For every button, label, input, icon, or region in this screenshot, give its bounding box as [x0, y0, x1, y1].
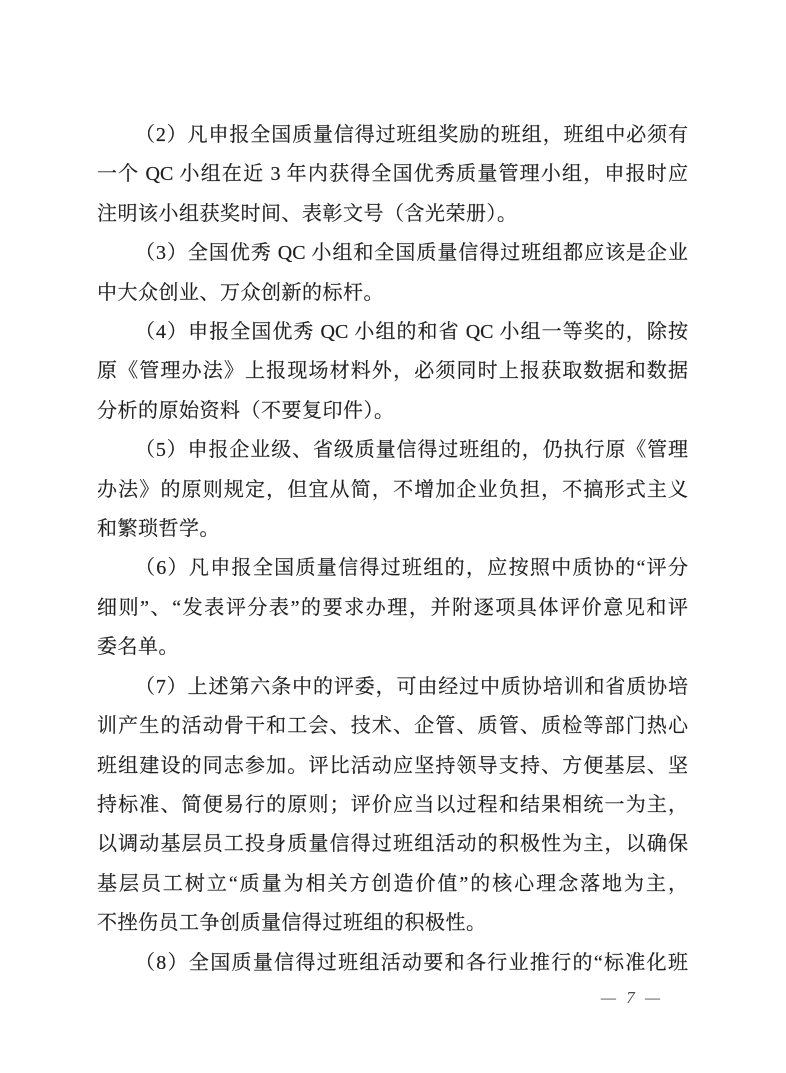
document-page: （2）凡申报全国质量信得过班组奖励的班组，班组中必须有 一个 QC 小组在近 3…: [0, 0, 786, 1073]
text-line: （5）申报企业级、省级质量信得过班组的，仍执行原《管理: [97, 431, 688, 470]
paragraph-item-4: （4）申报全国优秀 QC 小组的和省 QC 小组一等奖的，除按 原《管理办法》上…: [97, 313, 688, 431]
document-body: （2）凡申报全国质量信得过班组奖励的班组，班组中必须有 一个 QC 小组在近 3…: [97, 116, 688, 983]
text-line: 持标准、简便易行的原则；评价应当以过程和结果相统一为主，: [97, 786, 688, 825]
text-line: （4）申报全国优秀 QC 小组的和省 QC 小组一等奖的，除按: [97, 313, 688, 352]
text-line: 委名单。: [97, 628, 688, 667]
text-line: 中大众创业、万众创新的标杆。: [97, 274, 688, 313]
text-line: 和繁琐哲学。: [97, 510, 688, 549]
text-line: 一个 QC 小组在近 3 年内获得全国优秀质量管理小组，申报时应: [97, 155, 688, 194]
text-line: （6）凡申报全国质量信得过班组的，应按照中质协的“评分: [97, 549, 688, 588]
text-line: 原《管理办法》上报现场材料外，必须同时上报获取数据和数据: [97, 352, 688, 391]
text-line: 训产生的活动骨干和工会、技术、企管、质管、质检等部门热心: [97, 707, 688, 746]
paragraph-item-7: （7）上述第六条中的评委，可由经过中质协培训和省质协培 训产生的活动骨干和工会、…: [97, 668, 688, 944]
text-line: （2）凡申报全国质量信得过班组奖励的班组，班组中必须有: [97, 116, 688, 155]
paragraph-item-3: （3）全国优秀 QC 小组和全国质量信得过班组都应该是企业 中大众创业、万众创新…: [97, 234, 688, 313]
text-line: （3）全国优秀 QC 小组和全国质量信得过班组都应该是企业: [97, 234, 688, 273]
page-number: — 7 —: [586, 988, 678, 1008]
text-line: 细则”、“发表评分表”的要求办理，并附逐项具体评价意见和评: [97, 589, 688, 628]
text-line: 不挫伤员工争创质量信得过班组的积极性。: [97, 904, 688, 943]
text-line: 基层员工树立“质量为相关方创造价值”的核心理念落地为主，: [97, 865, 688, 904]
text-line: （7）上述第六条中的评委，可由经过中质协培训和省质协培: [97, 668, 688, 707]
text-line: （8）全国质量信得过班组活动要和各行业推行的“标准化班: [97, 944, 688, 983]
paragraph-item-2: （2）凡申报全国质量信得过班组奖励的班组，班组中必须有 一个 QC 小组在近 3…: [97, 116, 688, 234]
paragraph-item-5: （5）申报企业级、省级质量信得过班组的，仍执行原《管理 办法》的原则规定，但宜从…: [97, 431, 688, 549]
paragraph-item-8: （8）全国质量信得过班组活动要和各行业推行的“标准化班: [97, 944, 688, 983]
text-line: 班组建设的同志参加。评比活动应坚持领导支持、方便基层、坚: [97, 747, 688, 786]
text-line: 办法》的原则规定，但宜从简，不增加企业负担，不搞形式主义: [97, 471, 688, 510]
text-line: 以调动基层员工投身质量信得过班组活动的积极性为主，以确保: [97, 825, 688, 864]
text-line: 分析的原始资料（不要复印件）。: [97, 392, 688, 431]
paragraph-item-6: （6）凡申报全国质量信得过班组的，应按照中质协的“评分 细则”、“发表评分表”的…: [97, 549, 688, 667]
text-line: 注明该小组获奖时间、表彰文号（含光荣册）。: [97, 195, 688, 234]
